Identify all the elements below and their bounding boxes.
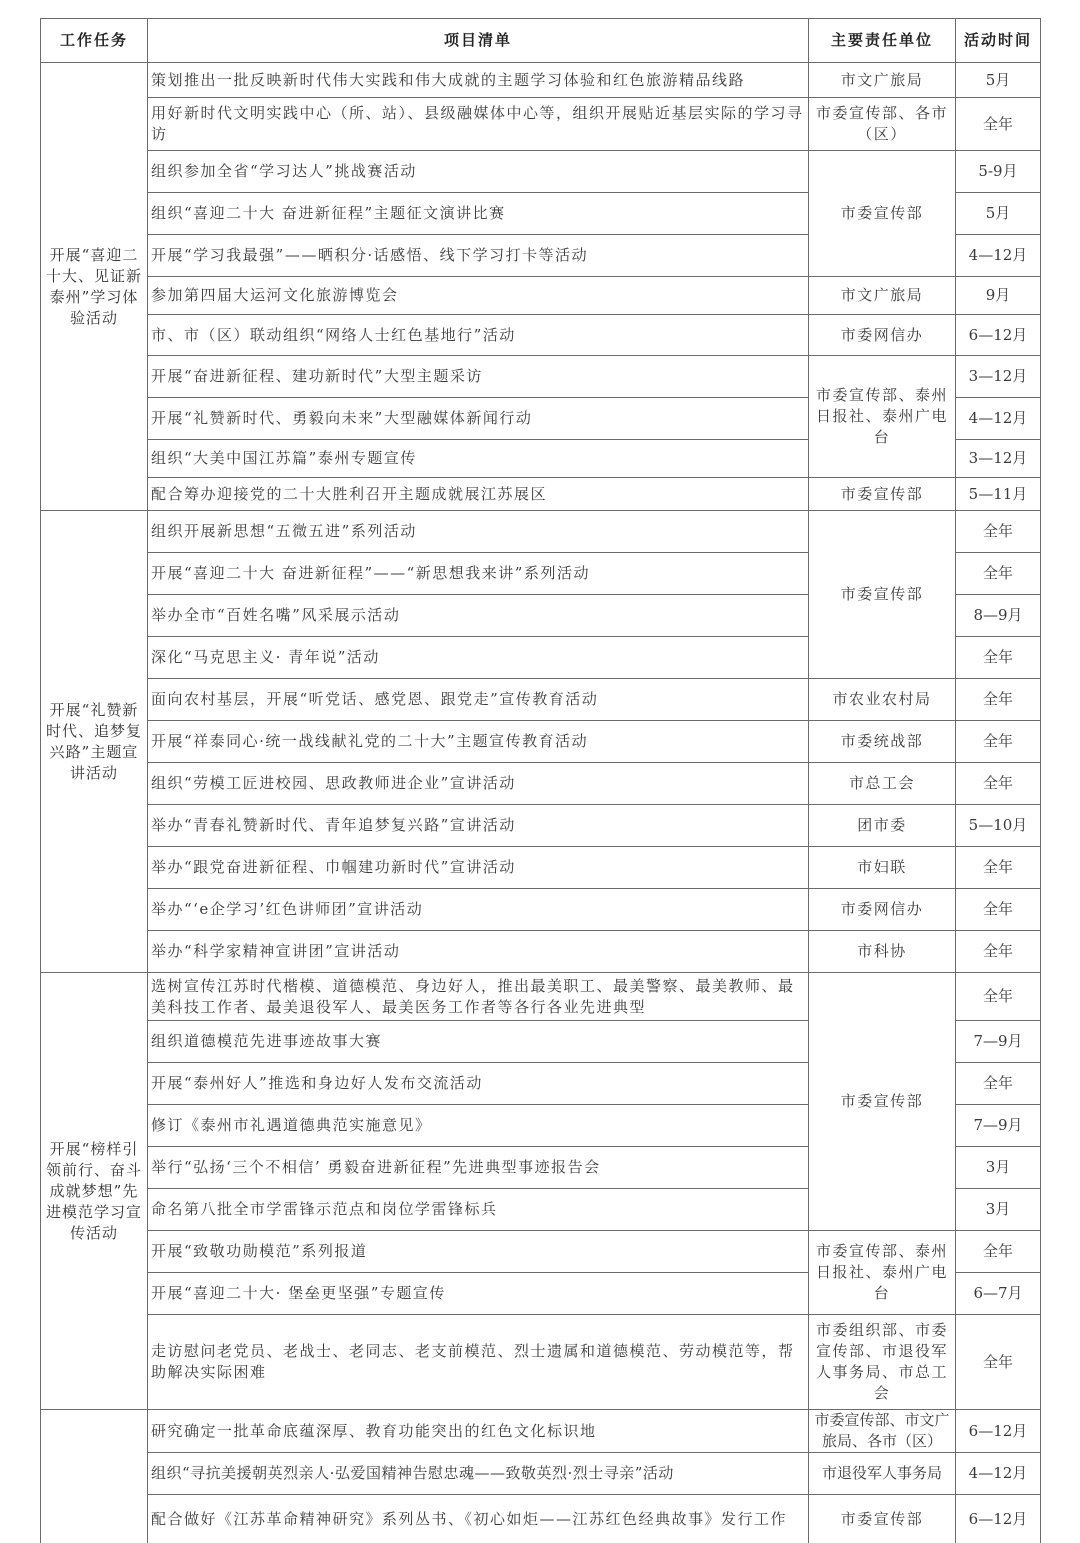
task-cell: 开展“榜样引领前行、奋斗成就梦想”先进模范学习宣传活动 <box>41 973 148 1410</box>
table-row: 参加第四届大运河文化旅游博览会 市文广旅局 9月 <box>41 277 1041 315</box>
item-cell: 组织“大美中国江苏篇”泰州专题宣传 <box>148 440 809 478</box>
unit-cell: 市委统战部 <box>809 721 956 763</box>
unit-cell: 市文广旅局 <box>809 63 956 98</box>
item-cell: 举办“跟党奋进新征程、巾帼建功新时代”宣讲活动 <box>148 847 809 889</box>
table-row: 开展“榜样引领前行、奋斗成就梦想”先进模范学习宣传活动 选树宣传江苏时代楷模、道… <box>41 973 1041 1021</box>
header-unit: 主要责任单位 <box>809 19 956 63</box>
item-cell: 面向农村基层，开展“听党话、感党恩、跟党走”宣传教育活动 <box>148 679 809 721</box>
time-cell: 3—12月 <box>956 356 1041 398</box>
item-cell: 市、市（区）联动组织“网络人士红色基地行”活动 <box>148 315 809 356</box>
time-cell: 全年 <box>956 511 1041 553</box>
unit-cell: 市委网信办 <box>809 889 956 931</box>
item-cell: 开展“礼赞新时代、勇毅向未来”大型融媒体新闻行动 <box>148 398 809 440</box>
time-cell: 全年 <box>956 973 1041 1021</box>
table-row: 组织“寻抗美援朝英烈亲人·弘爱国精神告慰忠魂——致敬英烈·烈士寻亲”活动 市退役… <box>41 1453 1041 1495</box>
item-cell: 开展“学习我最强”——晒积分·话感悟、线下学习打卡等活动 <box>148 235 809 277</box>
unit-cell: 市退役军人事务局 <box>809 1453 956 1495</box>
item-cell: 研究确定一批革命底蕴深厚、教育功能突出的红色文化标识地 <box>148 1410 809 1453</box>
item-cell: 用好新时代文明实践中心（所、站）、县级融媒体中心等，组织开展贴近基层实际的学习寻… <box>148 98 809 151</box>
unit-cell: 市委宣传部、泰州日报社、泰州广电台 <box>809 356 956 478</box>
time-cell: 全年 <box>956 763 1041 805</box>
time-cell: 3月 <box>956 1147 1041 1189</box>
table-row: 举办“‘e企学习’红色讲师团”宣讲活动 市委网信办 全年 <box>41 889 1041 931</box>
item-cell: 组织道德模范先进事迹故事大赛 <box>148 1021 809 1063</box>
time-cell: 全年 <box>956 721 1041 763</box>
table-row: 走访慰问老党员、老战士、老同志、老支前模范、烈士遗属和道德模范、劳动模范等，帮助… <box>41 1315 1041 1410</box>
task-cell: 开展“喜迎二十大、见证新泰州”学习体验活动 <box>41 63 148 511</box>
item-cell: 命名第八批全市学雷锋示范点和岗位学雷锋标兵 <box>148 1189 809 1231</box>
table-row: 开展“礼赞新时代、追梦复兴路”主题宣讲活动 组织开展新思想“五微五进”系列活动 … <box>41 511 1041 553</box>
table-row: 举办“青春礼赞新时代、青年追梦复兴路”宣讲活动 团市委 5—10月 <box>41 805 1041 847</box>
time-cell: 5-9月 <box>956 151 1041 193</box>
item-cell: 开展“泰州好人”推选和身边好人发布交流活动 <box>148 1063 809 1105</box>
item-cell: 举办“青春礼赞新时代、青年追梦复兴路”宣讲活动 <box>148 805 809 847</box>
unit-cell: 团市委 <box>809 805 956 847</box>
time-cell: 5—11月 <box>956 478 1041 511</box>
time-cell: 8—9月 <box>956 595 1041 637</box>
item-cell: 选树宣传江苏时代楷模、道德模范、身边好人，推出最美职工、最美警察、最美教师、最美… <box>148 973 809 1021</box>
unit-cell: 市文广旅局 <box>809 277 956 315</box>
item-cell: 开展“奋进新征程、建功新时代”大型主题采访 <box>148 356 809 398</box>
item-cell: 举办全市“百姓名嘴”风采展示活动 <box>148 595 809 637</box>
header-time: 活动时间 <box>956 19 1041 63</box>
time-cell: 全年 <box>956 679 1041 721</box>
time-cell: 7—9月 <box>956 1105 1041 1147</box>
item-cell: 组织开展新思想“五微五进”系列活动 <box>148 511 809 553</box>
task-cell <box>41 1410 148 1543</box>
item-cell: 配合做好《江苏革命精神研究》系列丛书、《初心如炬——江苏红色经典故事》发行工作 <box>148 1495 809 1543</box>
unit-cell: 市委宣传部 <box>809 151 956 277</box>
time-cell: 4—12月 <box>956 235 1041 277</box>
time-cell: 全年 <box>956 931 1041 973</box>
item-cell: 走访慰问老党员、老战士、老同志、老支前模范、烈士遗属和道德模范、劳动模范等，帮助… <box>148 1315 809 1410</box>
unit-cell: 市委组织部、市委宣传部、市退役军人事务局、市总工会 <box>809 1315 956 1410</box>
table-row: 举办“科学家精神宣讲团”宣讲活动 市科协 全年 <box>41 931 1041 973</box>
time-cell: 全年 <box>956 889 1041 931</box>
table-row: 开展“奋进新征程、建功新时代”大型主题采访 市委宣传部、泰州日报社、泰州广电台 … <box>41 356 1041 398</box>
unit-cell: 市委网信办 <box>809 315 956 356</box>
time-cell: 9月 <box>956 277 1041 315</box>
table-row: 配合做好《江苏革命精神研究》系列丛书、《初心如炬——江苏红色经典故事》发行工作 … <box>41 1495 1041 1543</box>
unit-cell: 市委宣传部 <box>809 511 956 679</box>
time-cell: 全年 <box>956 637 1041 679</box>
item-cell: 开展“致敬功勋模范”系列报道 <box>148 1231 809 1273</box>
table-row: 组织参加全省“学习达人”挑战赛活动 市委宣传部 5-9月 <box>41 151 1041 193</box>
time-cell: 全年 <box>956 1063 1041 1105</box>
time-cell: 全年 <box>956 847 1041 889</box>
time-cell: 4—12月 <box>956 398 1041 440</box>
item-cell: 举行“弘扬‘三个不相信’ 勇毅奋进新征程”先进典型事迹报告会 <box>148 1147 809 1189</box>
item-cell: 参加第四届大运河文化旅游博览会 <box>148 277 809 315</box>
table-row: 市、市（区）联动组织“网络人士红色基地行”活动 市委网信办 6—12月 <box>41 315 1041 356</box>
unit-cell: 市妇联 <box>809 847 956 889</box>
unit-cell: 市委宣传部、泰州日报社、泰州广电台 <box>809 1231 956 1315</box>
table-row: 面向农村基层，开展“听党话、感党恩、跟党走”宣传教育活动 市农业农村局 全年 <box>41 679 1041 721</box>
table-row: 组织“劳模工匠进校园、思政教师进企业”宣讲活动 市总工会 全年 <box>41 763 1041 805</box>
unit-cell: 市委宣传部 <box>809 1495 956 1543</box>
table-row: 配合筹办迎接党的二十大胜利召开主题成就展江苏展区 市委宣传部 5—11月 <box>41 478 1041 511</box>
unit-cell: 市农业农村局 <box>809 679 956 721</box>
item-cell: 组织参加全省“学习达人”挑战赛活动 <box>148 151 809 193</box>
time-cell: 5月 <box>956 193 1041 235</box>
item-cell: 举办“科学家精神宣讲团”宣讲活动 <box>148 931 809 973</box>
unit-cell: 市委宣传部、市文广旅局、各市（区） <box>809 1410 956 1453</box>
unit-cell: 市委宣传部、各市（区） <box>809 98 956 151</box>
item-cell: 策划推出一批反映新时代伟大实践和伟大成就的主题学习体验和红色旅游精品线路 <box>148 63 809 98</box>
item-cell: 开展“喜迎二十大 奋进新征程”——“新思想我来讲”系列活动 <box>148 553 809 595</box>
header-row: 工作任务 项目清单 主要责任单位 活动时间 <box>41 19 1041 63</box>
header-task: 工作任务 <box>41 19 148 63</box>
time-cell: 3—12月 <box>956 440 1041 478</box>
header-item: 项目清单 <box>148 19 809 63</box>
table-row: 研究确定一批革命底蕴深厚、教育功能突出的红色文化标识地 市委宣传部、市文广旅局、… <box>41 1410 1041 1453</box>
item-cell: 开展“祥泰同心·统一战线献礼党的二十大”主题宣传教育活动 <box>148 721 809 763</box>
table-row: 用好新时代文明实践中心（所、站）、县级融媒体中心等，组织开展贴近基层实际的学习寻… <box>41 98 1041 151</box>
item-cell: 配合筹办迎接党的二十大胜利召开主题成就展江苏展区 <box>148 478 809 511</box>
unit-cell: 市总工会 <box>809 763 956 805</box>
time-cell: 6—12月 <box>956 1410 1041 1453</box>
item-cell: 组织“劳模工匠进校园、思政教师进企业”宣讲活动 <box>148 763 809 805</box>
unit-cell: 市科协 <box>809 931 956 973</box>
activity-plan-table: 工作任务 项目清单 主要责任单位 活动时间 开展“喜迎二十大、见证新泰州”学习体… <box>40 18 1041 1543</box>
time-cell: 6—12月 <box>956 1495 1041 1543</box>
unit-cell: 市委宣传部 <box>809 478 956 511</box>
task-cell: 开展“礼赞新时代、追梦复兴路”主题宣讲活动 <box>41 511 148 973</box>
item-cell: 组织“喜迎二十大 奋进新征程”主题征文演讲比赛 <box>148 193 809 235</box>
item-cell: 组织“寻抗美援朝英烈亲人·弘爱国精神告慰忠魂——致敬英烈·烈士寻亲”活动 <box>148 1453 809 1495</box>
time-cell: 6—7月 <box>956 1273 1041 1315</box>
item-cell: 修订《泰州市礼遇道德典范实施意见》 <box>148 1105 809 1147</box>
time-cell: 全年 <box>956 1315 1041 1410</box>
table-row: 开展“致敬功勋模范”系列报道 市委宣传部、泰州日报社、泰州广电台 全年 <box>41 1231 1041 1273</box>
unit-cell: 市委宣传部 <box>809 973 956 1231</box>
time-cell: 5月 <box>956 63 1041 98</box>
time-cell: 4—12月 <box>956 1453 1041 1495</box>
table-row: 开展“喜迎二十大、见证新泰州”学习体验活动 策划推出一批反映新时代伟大实践和伟大… <box>41 63 1041 98</box>
time-cell: 全年 <box>956 1231 1041 1273</box>
item-cell: 深化“马克思主义· 青年说”活动 <box>148 637 809 679</box>
time-cell: 全年 <box>956 553 1041 595</box>
time-cell: 6—12月 <box>956 315 1041 356</box>
table-row: 举办“跟党奋进新征程、巾帼建功新时代”宣讲活动 市妇联 全年 <box>41 847 1041 889</box>
time-cell: 5—10月 <box>956 805 1041 847</box>
time-cell: 全年 <box>956 98 1041 151</box>
item-cell: 举办“‘e企学习’红色讲师团”宣讲活动 <box>148 889 809 931</box>
time-cell: 3月 <box>956 1189 1041 1231</box>
item-cell: 开展“喜迎二十大· 堡垒更坚强”专题宣传 <box>148 1273 809 1315</box>
time-cell: 7—9月 <box>956 1021 1041 1063</box>
table-row: 开展“祥泰同心·统一战线献礼党的二十大”主题宣传教育活动 市委统战部 全年 <box>41 721 1041 763</box>
